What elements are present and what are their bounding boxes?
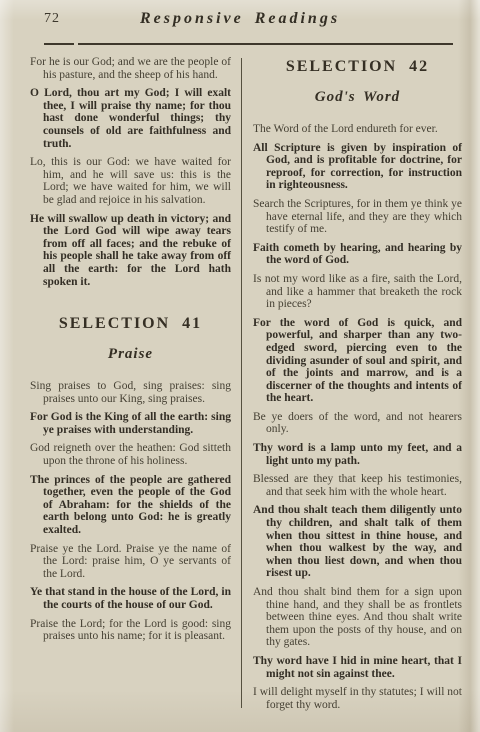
left-column: For he is our God; and we are the people… [30,56,231,649]
verse: Lo, this is our God: we have waited for … [30,156,231,206]
selection-41-heading: SELECTION 41 [30,315,231,333]
verse: The Word of the Lord endureth for ever. [253,123,462,136]
right-column: SELECTION 42 God's Word The Word of the … [253,56,462,717]
verse: Faith cometh by hearing, and hearing by … [253,242,462,267]
verse: Praise the Lord; for the Lord is good: s… [30,618,231,643]
book-page: 72 Responsive Readings For he is our God… [0,0,480,732]
verse: Be ye doers of the word, and not hearers… [253,411,462,436]
header-rule-short-segment [44,43,74,45]
verse: For God is the King of all the earth: si… [30,411,231,436]
page-number: 72 [44,11,60,27]
verse: Sing praises to God, sing praises: sing … [30,380,231,405]
verse: God reigneth over the heathen: God sitte… [30,442,231,467]
verse: For the word of God is quick, and powerf… [253,317,462,405]
page-header: 72 Responsive Readings [0,0,480,40]
verse: For he is our God; and we are the people… [30,56,231,81]
verse: Is not my word like as a fire, saith the… [253,273,462,311]
selection-41-subtitle: Praise [30,346,231,363]
verse: And thou shalt bind them for a sign upon… [253,586,462,649]
header-rule [44,43,453,45]
two-column-text: For he is our God; and we are the people… [0,45,480,717]
verse: Praise ye the Lord. Praise ye the name o… [30,543,231,581]
column-divider-rule [241,58,242,708]
verse: Ye that stand in the house of the Lord, … [30,586,231,611]
verse: Search the Scriptures, for in them ye th… [253,198,462,236]
verse: He will swallow up death in victory; and… [30,213,231,289]
verse: Thy word is a lamp unto my feet, and a l… [253,442,462,467]
verse: O Lord, thou art my God; I will exalt th… [30,87,231,150]
verse: Thy word have I hid in mine heart, that … [253,655,462,680]
verse: And thou shalt teach them diligently unt… [253,504,462,580]
verse: I will delight myself in thy statutes; I… [253,686,462,711]
selection-42-heading: SELECTION 42 [253,58,462,76]
verse: Blessed are they that keep his testimoni… [253,473,462,498]
verse: The princes of the people are gathered t… [30,474,231,537]
header-rule-main-segment [78,43,453,45]
running-title: Responsive Readings [0,10,480,28]
selection-42-subtitle: God's Word [253,89,462,106]
verse: All Scripture is given by inspiration of… [253,142,462,192]
